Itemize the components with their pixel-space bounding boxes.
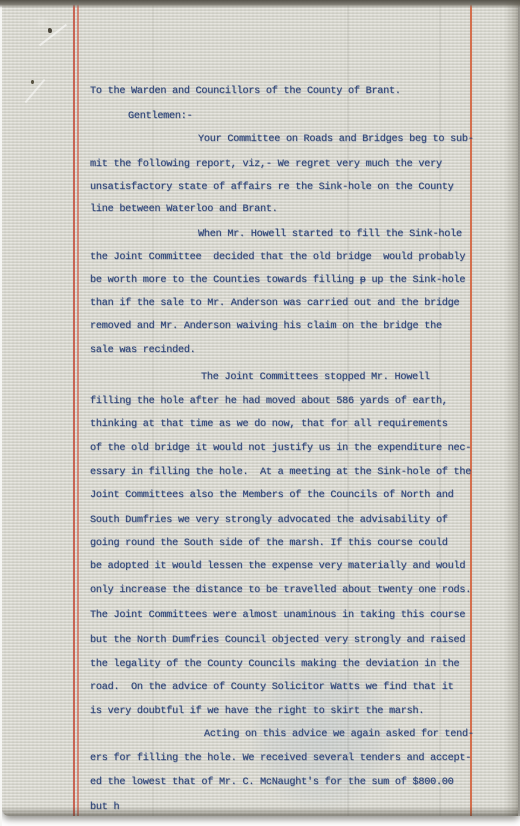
body-line: but the North Dumfries Council objected … — [90, 635, 465, 647]
salutation-line: Gentlemen:- — [128, 111, 193, 123]
body-line: South Dumfries we very strongly advocate… — [90, 515, 448, 527]
body-line: the legality of the County Councils maki… — [90, 659, 459, 671]
scan-left-edge — [0, 0, 2, 826]
body-line: the Joint Committee decided that the old… — [90, 252, 465, 264]
body-line: Acting on this advice we again asked for… — [204, 729, 474, 741]
body-line: filling the hole after he had moved abou… — [90, 396, 448, 408]
body-line: sale was recinded. — [90, 345, 196, 357]
body-line: mit the following report, viz,- We regre… — [90, 159, 442, 171]
paper-crease-mark — [39, 24, 67, 47]
paper-crease-mark — [25, 79, 46, 103]
body-line: The Joint Committees stopped Mr. Howell — [201, 372, 430, 384]
body-line: road. On the advice of County Solicitor … — [90, 682, 454, 694]
body-line: The Joint Committees were almost unamino… — [90, 610, 465, 622]
body-line: line between Waterloo and Brant. — [90, 204, 278, 216]
body-line: Your Committee on Roads and Bridges beg … — [198, 134, 474, 146]
body-line: essary in filling the hole. At a meeting… — [90, 467, 471, 479]
body-line: thinking at that time as we do now, that… — [90, 419, 448, 431]
scan-top-edge — [0, 0, 520, 8]
paper-bottom-shadow — [2, 806, 518, 816]
body-line: ers for filling the hole. We received se… — [90, 753, 471, 765]
body-line: ed the lowest that of Mr. C. McNaught's … — [90, 777, 454, 789]
body-line: be worth more to the Counties towards fi… — [90, 275, 465, 287]
right-margin-line — [470, 0, 472, 816]
body-line: only increase the distance to be travell… — [90, 585, 471, 597]
left-margin-line-inner — [77, 0, 79, 816]
body-line: Joint Committees also the Members of the… — [90, 490, 454, 502]
left-margin-line — [73, 0, 75, 816]
paper-right-shadow — [504, 0, 520, 816]
addressee-line: To the Warden and Councillors of the Cou… — [90, 86, 401, 98]
body-line: than if the sale to Mr. Anderson was car… — [90, 298, 459, 310]
paper-hole — [31, 80, 34, 84]
document-page: To the Warden and Councillors of the Cou… — [2, 0, 518, 816]
body-line: be adopted it would lessen the expense v… — [90, 561, 465, 573]
body-line: is very doubtful if we have the right to… — [90, 706, 424, 718]
body-line: unsatisfactory state of affairs re the S… — [90, 182, 454, 194]
body-line: removed and Mr. Anderson waiving his cla… — [90, 321, 442, 333]
body-line: When Mr. Howell started to fill the Sink… — [198, 229, 462, 241]
paper-hole — [48, 28, 52, 33]
body-line: of the old bridge it would not justify u… — [90, 443, 471, 455]
body-line: going round the South side of the marsh.… — [90, 538, 448, 550]
scanned-document: To the Warden and Councillors of the Cou… — [0, 0, 520, 826]
